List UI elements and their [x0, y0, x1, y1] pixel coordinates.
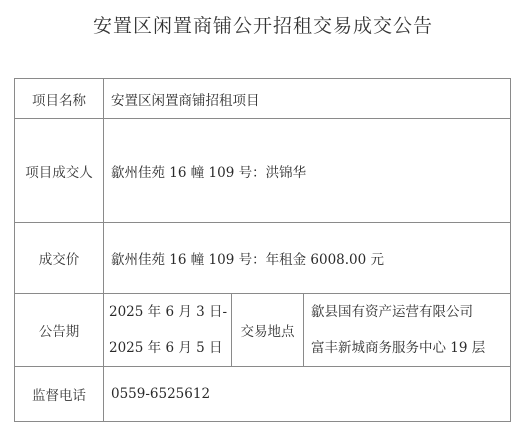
place-line-1: 歙县国有资产运营有限公司 [311, 294, 510, 330]
price-label: 成交价 [15, 223, 104, 294]
period-value: 2025 年 6 月 3 日- 2025 年 6 月 5 日 [104, 294, 232, 367]
row-project-name: 项目名称 安置区闲置商铺招租项目 [15, 79, 511, 119]
phone-value: 0559-6525612 [104, 367, 511, 422]
row-phone: 监督电话 0559-6525612 [15, 367, 511, 422]
place-line-2: 富丰新城商务服务中心 19 层 [311, 330, 510, 366]
period-label: 公告期 [15, 294, 104, 367]
row-period: 公告期 2025 年 6 月 3 日- 2025 年 6 月 5 日 交易地点 … [15, 294, 511, 367]
place-value: 歙县国有资产运营有限公司 富丰新城商务服务中心 19 层 [304, 294, 511, 367]
page-title: 安置区闲置商铺公开招租交易成交公告 [0, 11, 526, 38]
period-start: 2025 年 6 月 3 日- [109, 294, 231, 330]
place-label: 交易地点 [232, 294, 304, 367]
project-name-label: 项目名称 [15, 79, 104, 119]
period-end: 2025 年 6 月 5 日 [109, 330, 231, 366]
phone-label: 监督电话 [15, 367, 104, 422]
announcement-table: 项目名称 安置区闲置商铺招租项目 项目成交人 歙州佳苑 16 幢 109 号：洪… [14, 78, 511, 422]
project-name-value: 安置区闲置商铺招租项目 [104, 79, 511, 119]
winner-label: 项目成交人 [15, 119, 104, 223]
row-winner: 项目成交人 歙州佳苑 16 幢 109 号：洪锦华 [15, 119, 511, 223]
row-price: 成交价 歙州佳苑 16 幢 109 号：年租金 6008.00 元 [15, 223, 511, 294]
price-value: 歙州佳苑 16 幢 109 号：年租金 6008.00 元 [104, 223, 511, 294]
winner-value: 歙州佳苑 16 幢 109 号：洪锦华 [104, 119, 511, 223]
